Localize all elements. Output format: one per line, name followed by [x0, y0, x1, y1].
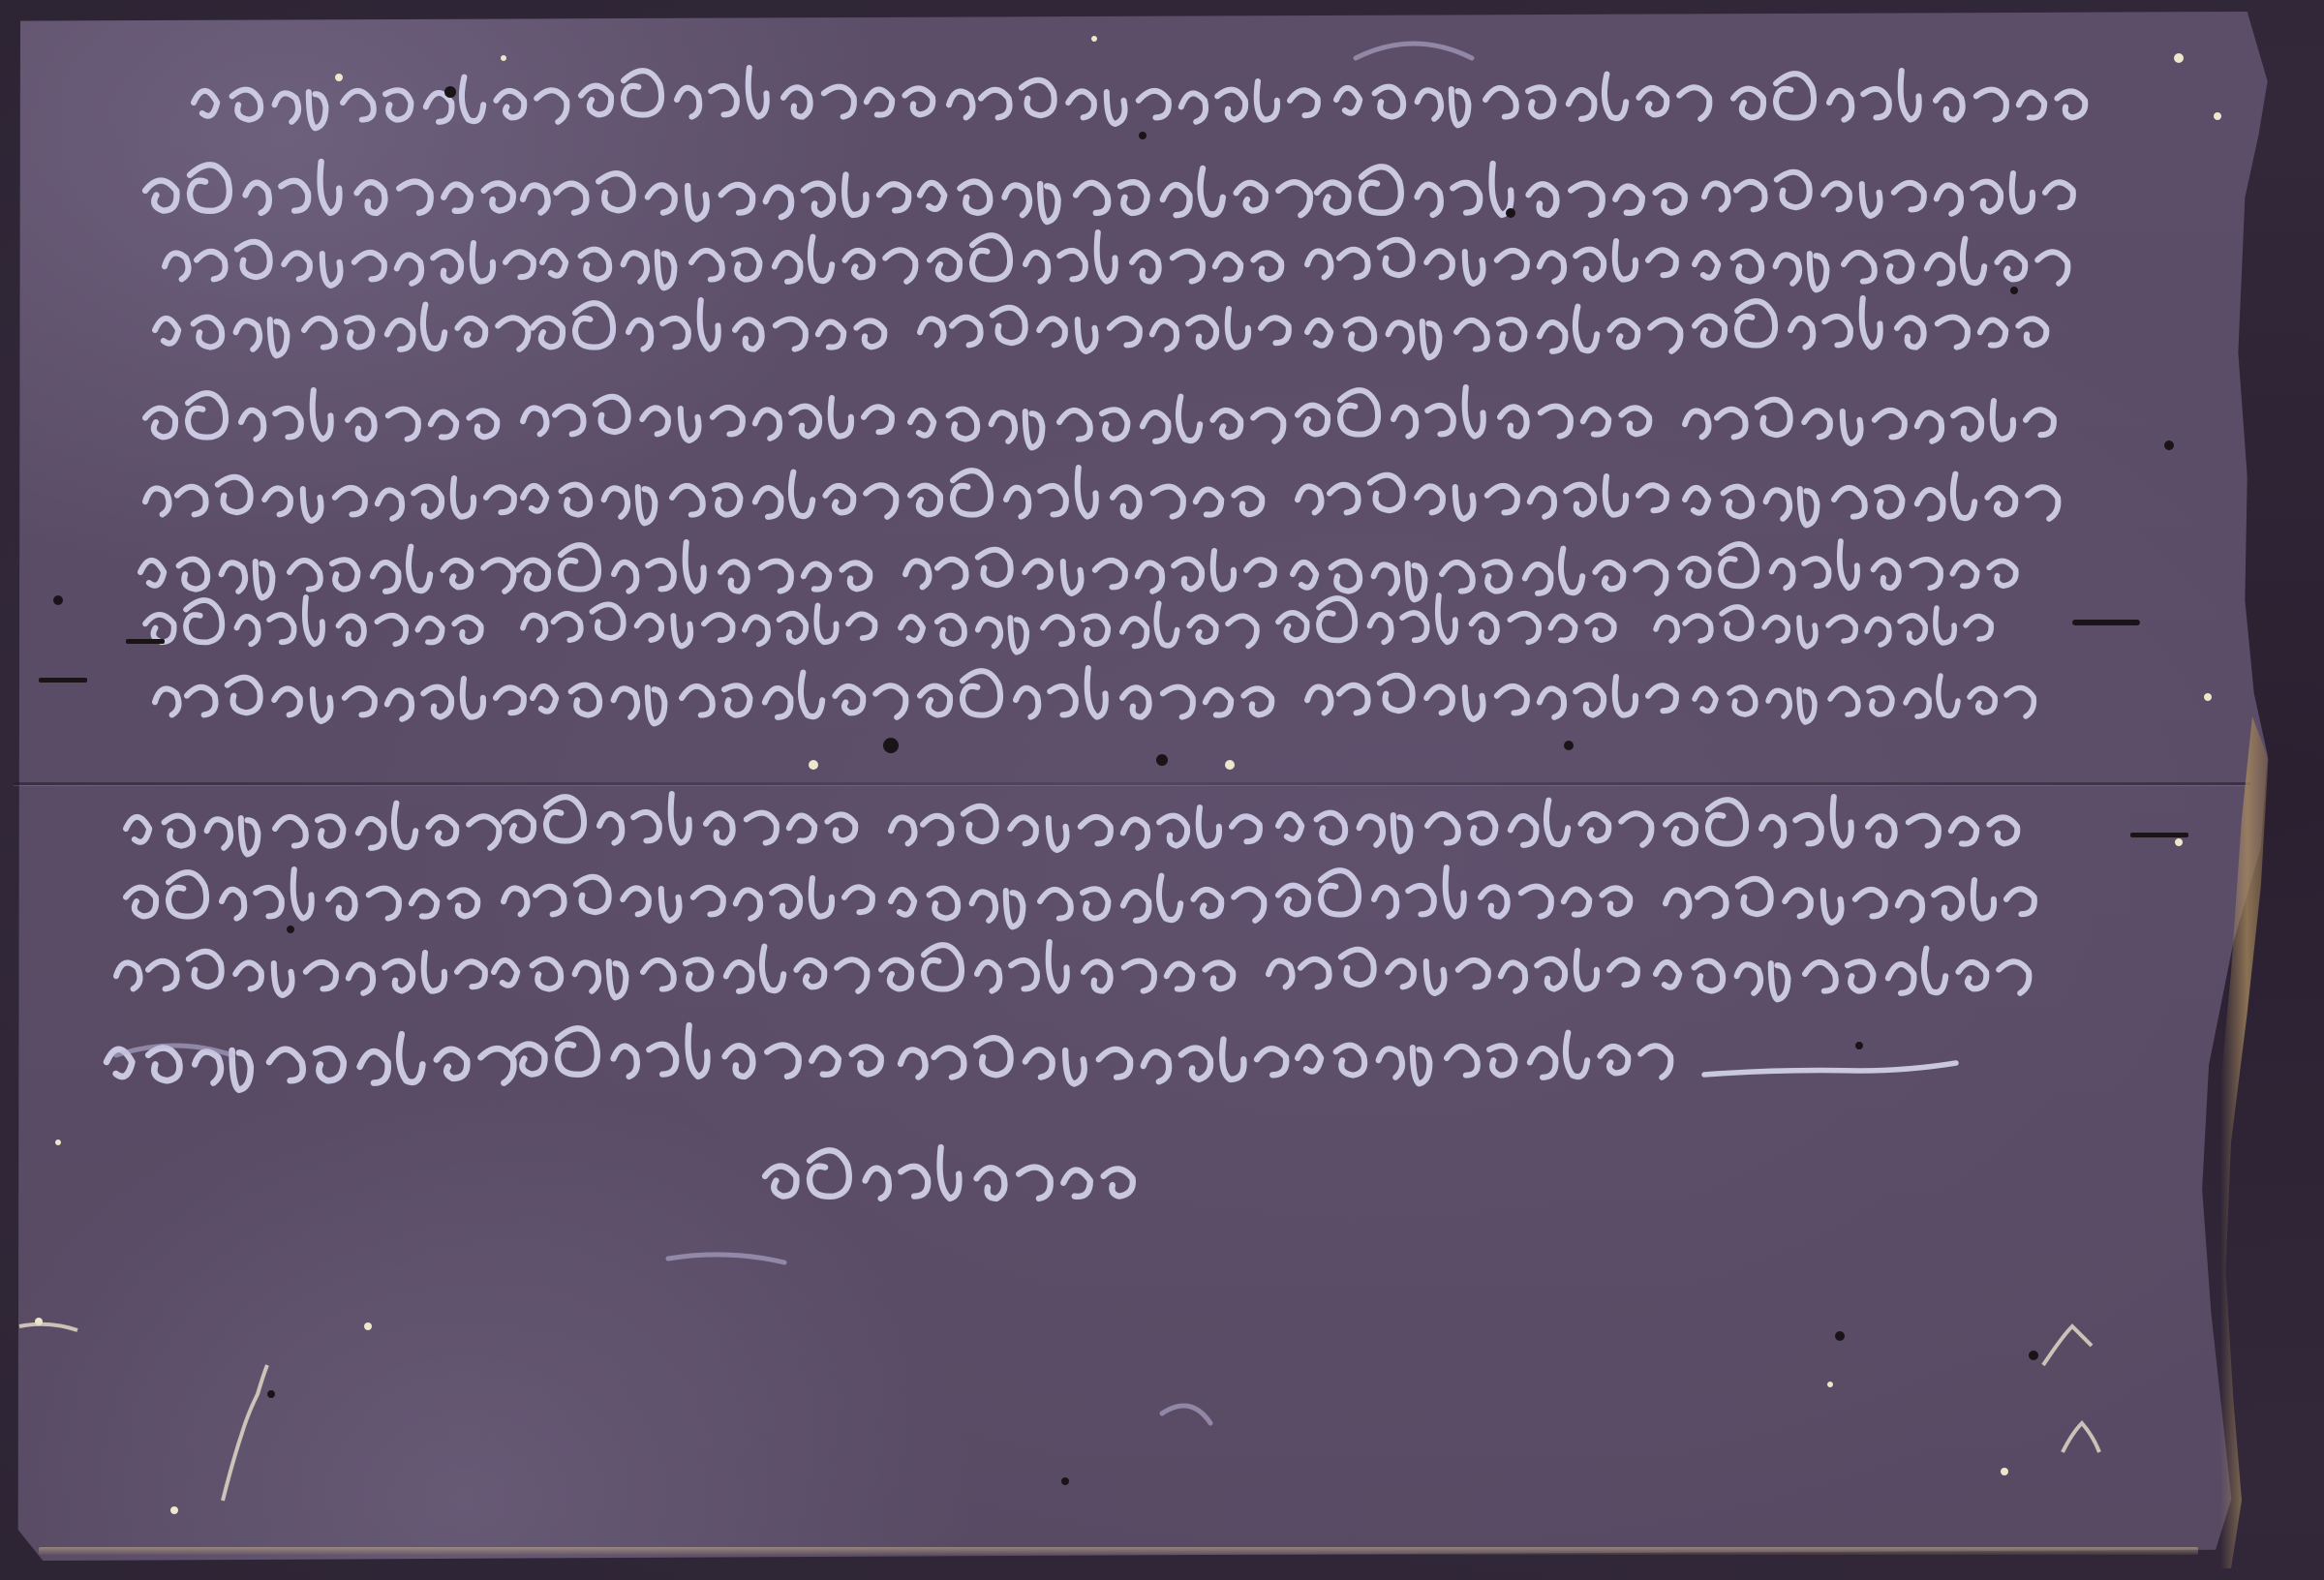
text-line-10 [126, 794, 2017, 854]
text-line-3 [165, 232, 2067, 289]
text-line-5 [145, 387, 2054, 447]
text-line-9 [155, 668, 2033, 723]
text-line-12 [116, 942, 2029, 999]
text-line-4 [155, 298, 2046, 357]
text-line-1 [194, 68, 2085, 128]
text-line-7 [140, 541, 2016, 599]
handwritten-text-layer [0, 0, 2324, 1580]
text-line-8 [145, 595, 1991, 653]
text-line-13 [107, 1025, 1956, 1090]
text-line-2 [145, 162, 2073, 222]
scratch-marks [19, 1324, 2099, 1501]
text-line-14 [765, 1147, 1133, 1199]
text-line-11 [126, 867, 2034, 927]
text-line-6 [145, 468, 2058, 525]
surface-damage [39, 86, 2188, 1485]
